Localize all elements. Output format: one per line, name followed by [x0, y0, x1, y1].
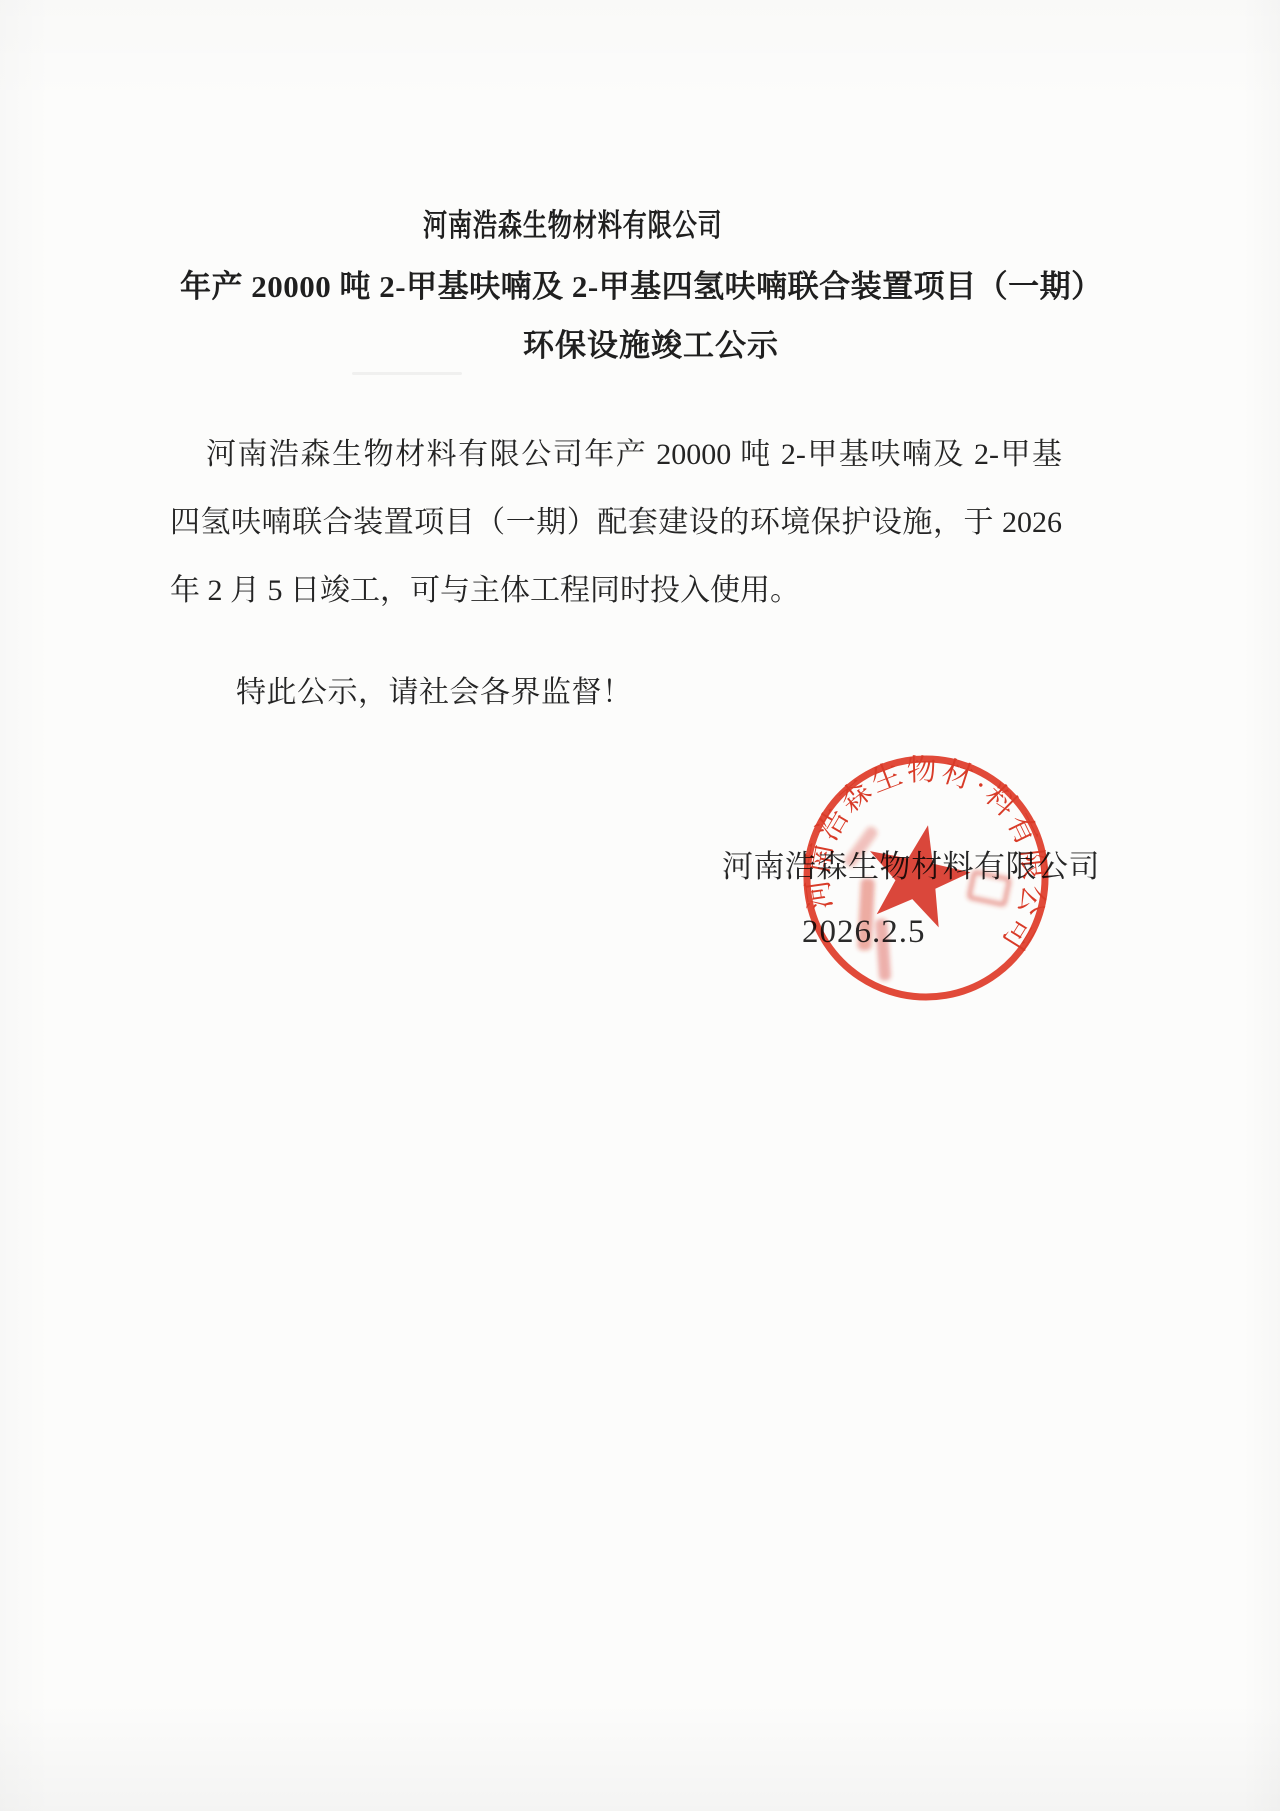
body-paragraph-line-3: 年 2 月 5 日竣工，可与主体工程同时投入使用。: [170, 574, 1062, 609]
body-paragraph-line-2: 四氢呋喃联合装置项目（一期）配套建设的环境保护设施，于 2026: [170, 506, 1062, 541]
closing-statement: 特此公示，请社会各界监督！: [236, 676, 633, 711]
page-title-notice-type: 环保设施竣工公示: [523, 328, 779, 364]
body-paragraph-line-1: 河南浩森生物材料有限公司年产 20000 吨 2-甲基呋喃及 2-甲基: [170, 438, 1062, 473]
scanned-notice-page: 河南浩森生物材料有限公司 年产 20000 吨 2-甲基呋喃及 2-甲基四氢呋喃…: [0, 0, 1280, 1811]
page-title-project-line: 年产 20000 吨 2-甲基呋喃及 2-甲基四氢呋喃联合装置项目（一期）: [180, 269, 1103, 305]
page-title-company-name: 河南浩森生物材料有限公司: [423, 208, 723, 244]
company-seal: 河南浩森生物材·料有限公司: [790, 742, 1062, 1014]
scan-artifact-streak: [352, 372, 462, 375]
